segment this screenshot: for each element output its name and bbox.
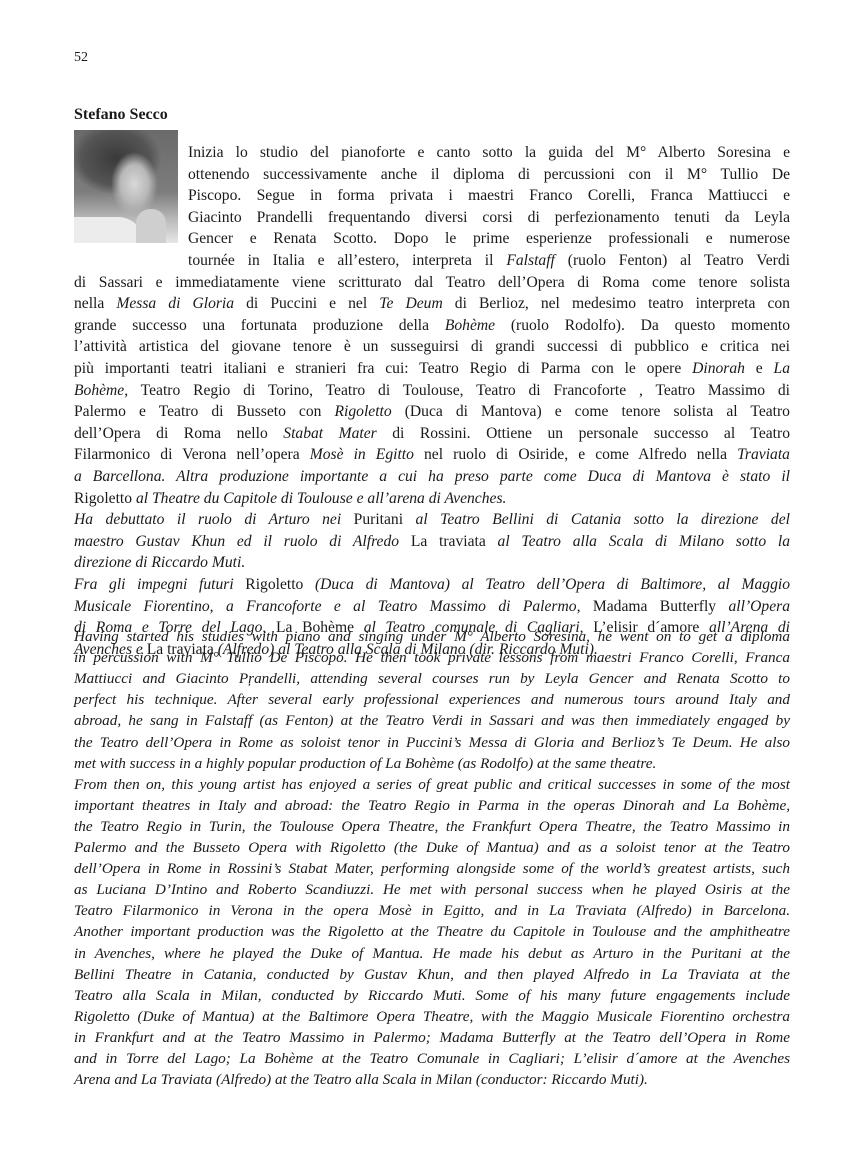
italian-line: Inizia lo studio del pianoforte e canto … xyxy=(188,143,790,163)
english-line: dell’Opera in Rome in Rossini’s Stabat M… xyxy=(74,859,790,879)
english-line: met with success in a highly popular pro… xyxy=(74,754,790,774)
english-line: Bellini Theatre in Catania, conducted by… xyxy=(74,965,790,985)
english-line: in Frankfurt and at the Teatro Massimo i… xyxy=(74,1028,790,1048)
italian-line: Gencer e Renata Scotto. Dopo le prime es… xyxy=(188,229,790,249)
english-line: Rigoletto (Duke of Mantua) at the Baltim… xyxy=(74,1007,790,1027)
italian-line: grande successo una fortunata produzione… xyxy=(74,316,790,336)
english-line: in Avenches, where he played the Duke of… xyxy=(74,944,790,964)
english-line: the Teatro dell’Opera in Rome as soloist… xyxy=(74,733,790,753)
english-line: as Luciana D’Intino and Roberto Scandiuz… xyxy=(74,880,790,900)
english-line: perfect his technique. After several ear… xyxy=(74,690,790,710)
italian-line: Ha debuttato il ruolo di Arturo nei Puri… xyxy=(74,510,790,530)
italian-line: direzione di Riccardo Muti. xyxy=(74,553,790,573)
english-line: and in Torre del Lago; La Bohème at the … xyxy=(74,1049,790,1069)
italian-line: Giacinto Prandelli frequentando diversi … xyxy=(188,208,790,228)
italian-line: Filarmonico di Verona nell’opera Mosè in… xyxy=(74,445,790,465)
italian-line: nella Messa di Gloria di Puccini e nel T… xyxy=(74,294,790,314)
english-line: Teatro alla Scala in Milan, conducted by… xyxy=(74,986,790,1006)
photo-hand xyxy=(136,209,166,243)
english-line: Palermo and the Busseto Opera with Rigol… xyxy=(74,838,790,858)
english-line: From then on, this young artist has enjo… xyxy=(74,775,790,795)
english-line: Arena and La Traviata (Alfredo) at the T… xyxy=(74,1070,790,1090)
english-line: Having started his studies with piano an… xyxy=(74,627,790,647)
italian-line: Musicale Fiorentino, a Francoforte e al … xyxy=(74,597,790,617)
italian-line: dell’Opera di Roma nello Stabat Mater di… xyxy=(74,424,790,444)
italian-line: Fra gli impegni futuri Rigoletto (Duca d… xyxy=(74,575,790,595)
english-line: important theatres in Italy and abroad: … xyxy=(74,796,790,816)
page-number: 52 xyxy=(74,50,88,66)
english-line: Teatro Filarmonico in Verona in the oper… xyxy=(74,901,790,921)
english-line: Mattiucci and Giacinto Pŗandelli, attend… xyxy=(74,669,790,689)
bio-heading: Stefano Secco xyxy=(74,106,168,124)
italian-line: Piscopo. Segue in forma privata i maestr… xyxy=(188,186,790,206)
italian-line: Bohème, Teatro Regio di Torino, Teatro d… xyxy=(74,381,790,401)
english-line: abroad, he sang in Falstaff (as Fenton) … xyxy=(74,711,790,731)
english-line: the Teatro Regio in Turin, the Toulouse … xyxy=(74,817,790,837)
italian-line: a Barcellona. Altra produzione important… xyxy=(74,467,790,487)
italian-line: l’attività artistica del giovane tenore … xyxy=(74,337,790,357)
portrait-photo xyxy=(74,130,178,243)
italian-line: Rigoletto al Theatre du Capitole di Toul… xyxy=(74,489,790,509)
italian-line: Palermo e Teatro di Busseto con Rigolett… xyxy=(74,402,790,422)
english-line: in percussion with M° Tullio De Piscopo.… xyxy=(74,648,790,668)
italian-line: maestro Gustav Khun ed il ruolo di Alfre… xyxy=(74,532,790,552)
photo-shirt xyxy=(74,217,144,243)
italian-line: più importanti teatri italiani e stranie… xyxy=(74,359,790,379)
english-line: Another important production was the Rig… xyxy=(74,922,790,942)
italian-line: di Sassari e immediatamente viene scritt… xyxy=(74,273,790,293)
italian-line: ottenendo successivamente anche il diplo… xyxy=(188,165,790,185)
italian-line: tournée in Italia e all’estero, interpre… xyxy=(188,251,790,271)
